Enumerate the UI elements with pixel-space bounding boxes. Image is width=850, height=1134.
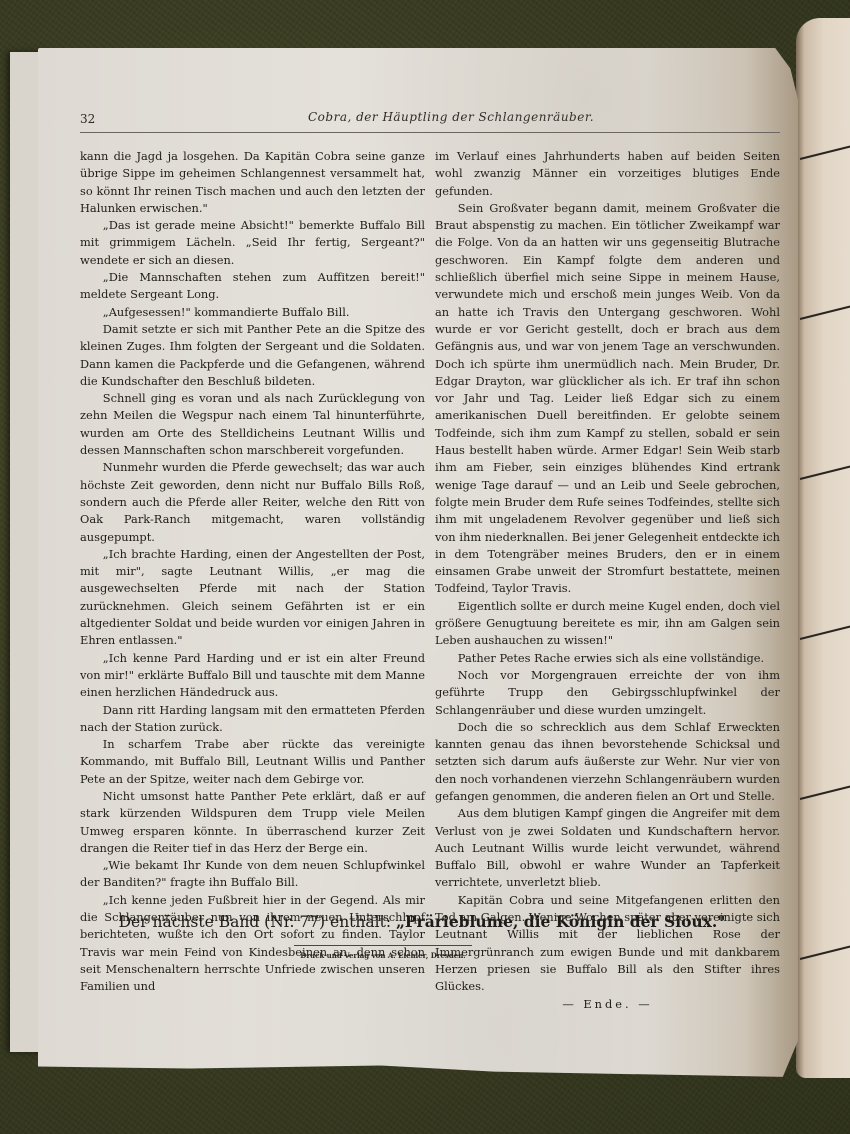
facing-page-rule [800,301,850,320]
page-number: 32 [80,112,95,126]
paragraph: Nicht umsonst hatte Panther Pete erklärt… [80,788,425,857]
paragraph: „Ich brachte Harding, einen der Angestel… [80,546,425,650]
imprint-divider [294,945,472,946]
printer-imprint: Druck und Verlag von A. Eichler, Dresden… [294,951,472,960]
paragraph: Noch vor Morgengrauen erreichte der von … [435,667,780,719]
facing-page-rule [800,461,850,480]
page-header: 32 Cobra, der Häuptling der Schlangenräu… [80,110,780,133]
paragraph: Damit setzte er sich mit Panther Pete an… [80,321,425,390]
paragraph: Schnell ging es voran und als nach Zurüc… [80,390,425,459]
paragraph: Pather Petes Rache erwies sich als eine … [435,650,780,667]
facing-page-rule [800,621,850,640]
right-column: im Verlauf eines Jahrhunderts haben auf … [435,148,780,1013]
end-mark: — Ende. — [435,996,780,1013]
paragraph: In scharfem Trabe aber rückte das verein… [80,736,425,788]
next-volume-prefix: Der nächste Band (Nr. 77) enthält: [119,913,396,931]
left-column: kann die Jagd ja losgehen. Da Kapitän Co… [80,148,425,1013]
paragraph: „Wie bekamt Ihr Kunde von dem neuen Schl… [80,857,425,892]
paragraph: Eigentlich sollte er durch meine Kugel e… [435,598,780,650]
paragraph: „Die Mannschaften stehen zum Auffitzen b… [80,269,425,304]
paragraph: Kapitän Cobra und seine Mitgefangenen er… [435,892,780,996]
text-columns: kann die Jagd ja losgehen. Da Kapitän Co… [80,148,780,1013]
facing-page-rule [800,781,850,800]
paragraph: Aus dem blutigen Kampf gingen die Angrei… [435,805,780,891]
facing-page-rule [800,941,850,960]
running-title: Cobra, der Häuptling der Schlangenräuber… [308,110,594,124]
paragraph: kann die Jagd ja losgehen. Da Kapitän Co… [80,148,425,217]
paragraph: im Verlauf eines Jahrhunderts haben auf … [435,148,780,200]
paragraph: Dann ritt Harding langsam mit den ermatt… [80,702,425,737]
paragraph: Sein Großvater begann damit, meinem Groß… [435,200,780,598]
next-volume-notice: Der nächste Band (Nr. 77) enthält: „Prär… [72,912,772,931]
paragraph: „Das ist gerade meine Absicht!" bemerkte… [80,217,425,269]
paragraph: „Aufgesessen!" kommandierte Buffalo Bill… [80,304,425,321]
paragraph: Doch die so schrecklich aus dem Schlaf E… [435,719,780,805]
next-volume-title: „Prärieblume, die Königin der Sioux." [396,912,725,931]
paragraph: „Ich kenne Pard Harding und er ist ein a… [80,650,425,702]
facing-page-edge [796,18,850,1078]
paragraph: „Ich kenne jeden Fußbreit hier in der Ge… [80,892,425,996]
paragraph: Nunmehr wurden die Pferde gewechselt; da… [80,459,425,545]
facing-page-rule [800,141,850,160]
